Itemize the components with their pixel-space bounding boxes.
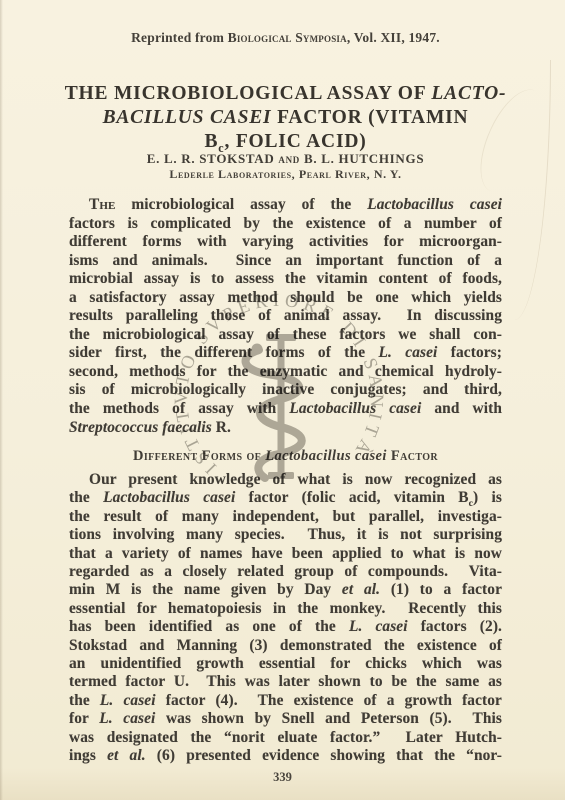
text-run: ings — [69, 747, 107, 764]
text-line: the microbiological assay of these facto… — [69, 326, 502, 345]
text-line: has been identified as one of the L. cas… — [69, 618, 502, 636]
authors-line: E. L. R. STOKSTAD and B. L. HUTCHINGS — [40, 151, 531, 167]
section-heading: Different Forms of Lactobacillus casei F… — [69, 448, 502, 465]
text-line: the L. casei factor (4). The existence o… — [69, 692, 502, 710]
paragraph-intro: The microbiological assay of the Lactoba… — [69, 196, 502, 437]
page-number: 339 — [0, 770, 565, 785]
text-run: Lactobacillus casei — [367, 196, 502, 213]
text-run: Lederle Laboratories, Pearl River, N. Y. — [169, 167, 401, 181]
text-run: was designated the “norit eluate factor.… — [69, 729, 502, 746]
text-run: L. casei — [349, 618, 408, 635]
text-run: factor (folic acid, vitamin B — [235, 489, 468, 506]
text-run: et al. — [107, 747, 146, 764]
text-run: (1) to a factor — [380, 581, 502, 598]
text-run: R. — [212, 419, 231, 436]
text-run: min M is the name given by Day — [69, 581, 342, 598]
text-run: the methods of assay with — [69, 400, 289, 417]
text-run: has been identified as one of the — [69, 618, 349, 635]
text-run: LACTO- — [431, 83, 506, 104]
text-run: L. casei — [378, 344, 437, 361]
paper-title: THE MICROBIOLOGICAL ASSAY OF LACTO-BACIL… — [40, 82, 531, 154]
text-run: regarded as a closely related group of c… — [69, 563, 502, 580]
text-run: (6) presented evidence showing that the … — [146, 747, 502, 764]
text-run: ) is — [473, 489, 502, 506]
text-line: the methods of assay with Lactobacillus … — [69, 400, 502, 419]
text-line: The microbiological assay of the Lactoba… — [69, 196, 502, 215]
text-line: ings et al. (6) presented evidence showi… — [69, 747, 502, 765]
text-run: isms and animals. Since an important fun… — [69, 252, 502, 269]
text-run: Reprinted from — [131, 30, 228, 45]
text-run: microbial assay is to assess the vitamin… — [69, 270, 502, 287]
text-line: results paralleling those of animal assa… — [69, 307, 502, 326]
text-run: termed factor U. This was later shown to… — [69, 673, 502, 690]
text-run: L. casei — [100, 692, 156, 709]
text-line: factors is complicated by the existence … — [69, 215, 502, 234]
text-line: second, methods for the enzymatic and ch… — [69, 363, 502, 382]
text-run: THE MICROBIOLOGICAL ASSAY OF — [65, 83, 432, 104]
text-run: the microbiological assay of these facto… — [69, 326, 502, 343]
reprint-line: Reprinted from Biological Symposia, Vol.… — [69, 30, 502, 46]
paragraph-different-forms: Our present knowledge of what is now rec… — [69, 471, 502, 766]
text-run: factor (4). The existence of a growth fa… — [156, 692, 502, 709]
text-line: a satisfactory assay method should be on… — [69, 289, 502, 308]
text-line: Streptococcus faecalis R. — [69, 419, 502, 438]
text-line: the result of many independent, but para… — [69, 508, 502, 526]
text-line: sis of microbiologically inactive conjug… — [69, 381, 502, 400]
text-run: L. casei — [99, 710, 155, 727]
text-run: Different Forms of — [133, 448, 265, 464]
text-run: FACTOR (VITAMIN — [271, 107, 468, 128]
text-run: the — [69, 692, 100, 709]
text-run: Lactobacillus casei — [103, 489, 235, 506]
text-run: factors (2). — [408, 618, 502, 635]
text-line: THE MICROBIOLOGICAL ASSAY OF LACTO- — [40, 82, 531, 106]
text-run: the — [69, 489, 103, 506]
text-line: that a variety of names have been applie… — [69, 545, 502, 563]
text-line: BACILLUS CASEI FACTOR (VITAMIN — [40, 106, 531, 130]
text-line: min M is the name given by Day et al. (1… — [69, 581, 502, 599]
text-run: different forms with varying activities … — [69, 233, 502, 250]
text-run: B — [204, 131, 218, 152]
text-line: termed factor U. This was later shown to… — [69, 673, 502, 691]
text-line: an unidentified growth essential for chi… — [69, 655, 502, 673]
text-run: T — [89, 196, 99, 213]
text-run: Factor — [387, 448, 438, 464]
text-line: Our present knowledge of what is now rec… — [69, 471, 502, 489]
text-line: for L. casei was shown by Snell and Pete… — [69, 710, 502, 728]
text-run: results paralleling those of animal assa… — [69, 307, 502, 324]
text-run: factors; — [437, 344, 502, 361]
text-line: essential for hematopoiesis in the monke… — [69, 600, 502, 618]
text-run: microbiological assay of the — [115, 196, 367, 213]
text-run: B. L. HUTCHINGS — [300, 151, 424, 166]
text-line: microbial assay is to assess the vitamin… — [69, 270, 502, 289]
text-run: an unidentified growth essential for chi… — [69, 655, 502, 672]
text-run: that a variety of names have been applie… — [69, 545, 502, 562]
text-run: Lactobacillus casei — [265, 448, 387, 464]
text-line: sider first, the different forms of the … — [69, 344, 502, 363]
text-run: a satisfactory assay method should be on… — [69, 289, 502, 306]
text-line: Stokstad and Manning (3) demonstrated th… — [69, 637, 502, 655]
text-run: factors is complicated by the existence … — [69, 215, 502, 232]
text-line: tions involving many species. Thus, it i… — [69, 526, 502, 544]
text-line: was designated the “norit eluate factor.… — [69, 729, 502, 747]
text-run: essential for hematopoiesis in the monke… — [69, 600, 502, 617]
text-run: Streptococcus faecalis — [69, 419, 212, 436]
text-run: tions involving many species. Thus, it i… — [69, 526, 502, 543]
text-run: E. L. R. STOKSTAD — [147, 151, 279, 166]
text-run: , Vol. XII, 1947. — [347, 30, 440, 45]
affiliation-line: Lederle Laboratories, Pearl River, N. Y. — [40, 167, 531, 182]
text-run: Biological Symposia — [228, 30, 347, 45]
text-run: second, methods for the enzymatic and ch… — [69, 363, 502, 380]
text-run: Our present knowledge of what is now rec… — [89, 471, 502, 488]
text-run: was shown by Snell and Peterson (5). Thi… — [155, 710, 502, 727]
text-run: for — [69, 710, 99, 727]
document-page: Reprinted from Biological Symposia, Vol.… — [0, 0, 565, 800]
text-run: sider first, the different forms of the — [69, 344, 378, 361]
text-run: sis of microbiologically inactive conjug… — [69, 381, 502, 398]
text-run: BACILLUS CASEI — [103, 107, 272, 128]
text-run: and — [278, 151, 300, 166]
text-run: Lactobacillus casei — [289, 400, 421, 417]
text-line: isms and animals. Since an important fun… — [69, 252, 502, 271]
text-run: he — [99, 196, 115, 213]
text-run: , FOLIC ACID) — [224, 131, 366, 152]
text-line: the Lactobacillus casei factor (folic ac… — [69, 489, 502, 507]
text-line: different forms with varying activities … — [69, 233, 502, 252]
text-run: et al. — [342, 581, 380, 598]
text-line: regarded as a closely related group of c… — [69, 563, 502, 581]
text-run: the result of many independent, but para… — [69, 508, 502, 525]
text-run: and with — [421, 400, 502, 417]
text-run: Stokstad and Manning (3) demonstrated th… — [69, 637, 502, 654]
